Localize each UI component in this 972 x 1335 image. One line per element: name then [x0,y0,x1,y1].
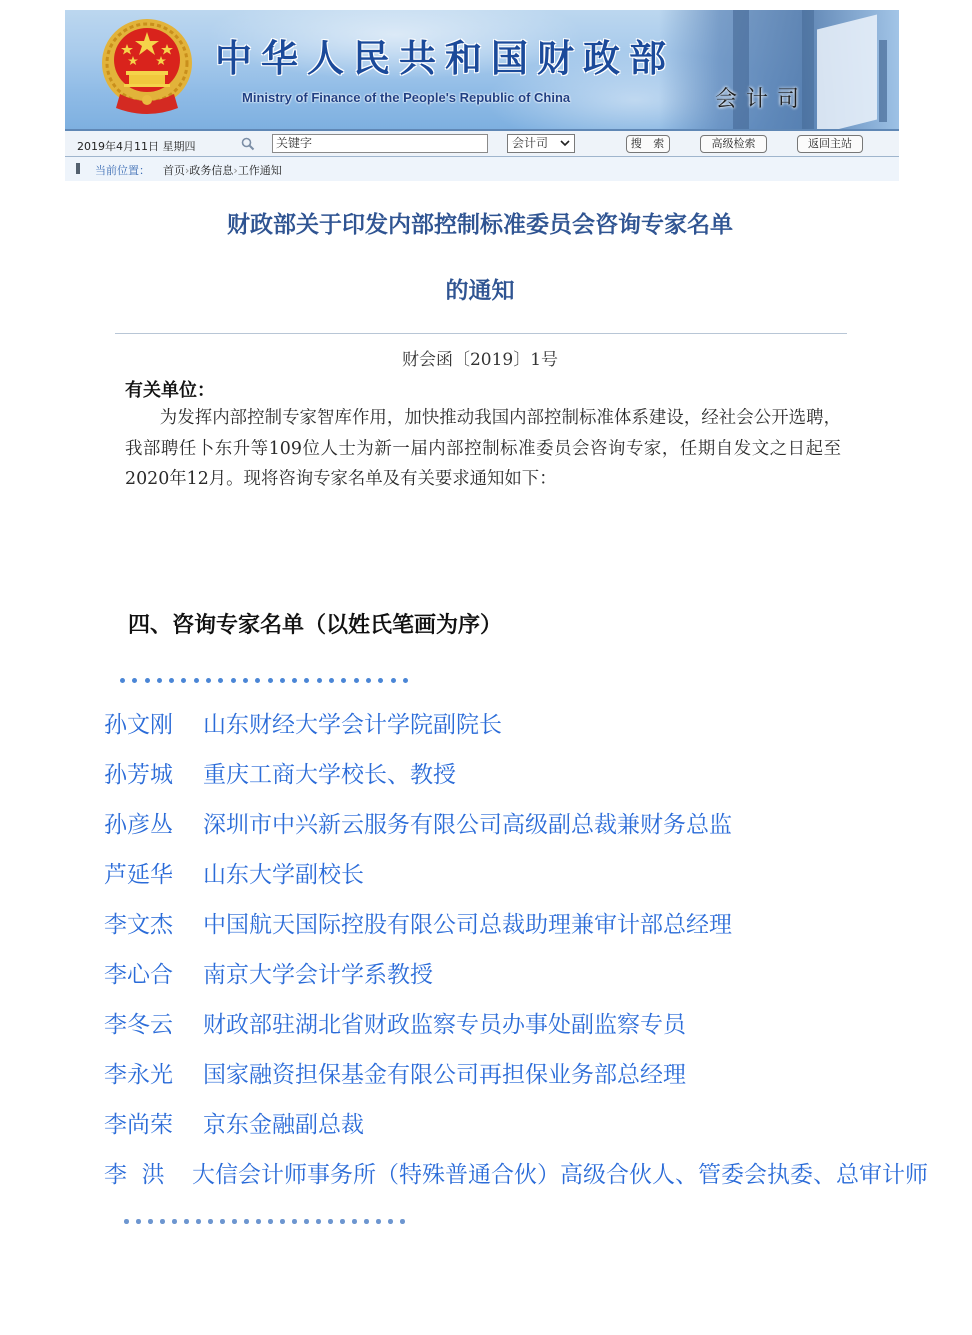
site-title-cn: 中华人民共和国财政部 [215,28,675,82]
expert-title: 中国航天国际控股有限公司总裁助理兼审计部总经理 [203,906,732,939]
expert-name: 李文杰 [104,906,194,939]
dotted-divider-bottom [124,1219,412,1225]
banner-building-panel [817,15,877,129]
expert-title: 重庆工商大学校长、教授 [203,756,456,789]
department-name: 会计司 [715,82,808,113]
recipient-line: 有关单位： [125,376,215,402]
expert-row: 李 洪 大信会计师事务所（特殊普通合伙）高级合伙人、管委会执委、总审计师 [104,1156,964,1206]
expert-name: 孙文刚 [104,706,194,739]
banner-building-sign [879,40,887,122]
expert-title: 国家融资担保基金有限公司再担保业务部总经理 [203,1056,686,1089]
expert-list: 孙文刚 山东财经大学会计学院副院长 孙芳城 重庆工商大学校长、教授 孙彦丛 深圳… [104,706,964,1206]
site-select[interactable]: 会计司 [507,134,575,153]
breadcrumb-path: 首页›政务信息›工作通知 [163,162,282,178]
advanced-search-button[interactable]: 高级检索 [700,135,767,153]
expert-row: 李尚荣 京东金融副总裁 [104,1106,964,1156]
expert-row: 孙芳城 重庆工商大学校长、教授 [104,756,964,806]
expert-name: 孙彦丛 [104,806,194,839]
dotted-divider-top [120,678,415,684]
expert-name: 孙芳城 [104,756,194,789]
expert-name: 李心合 [104,956,194,989]
breadcrumb-marker-icon [76,163,80,174]
keyword-input[interactable]: 关键字 [272,134,488,153]
national-emblem-icon [100,16,194,118]
breadcrumb-link-home[interactable]: 首页 [163,164,185,177]
expert-row: 李文杰 中国航天国际控股有限公司总裁助理兼审计部总经理 [104,906,964,956]
breadcrumb-link-gov-info[interactable]: 政务信息 [189,164,233,177]
search-icon [241,137,255,151]
section-heading: 四、咨询专家名单（以姓氏笔画为序） [128,608,502,639]
expert-title: 南京大学会计学系教授 [203,956,433,989]
site-banner: 中华人民共和国财政部 Ministry of Finance of the Pe… [65,10,899,129]
return-home-button[interactable]: 返回主站 [797,135,863,153]
search-button[interactable]: 搜 索 [626,135,670,153]
expert-title: 大信会计师事务所（特殊普通合伙）高级合伙人、管委会执委、总审计师 [192,1156,928,1189]
article-body: 为发挥内部控制专家智库作用，加快推动我国内部控制标准体系建设，经社会公开选聘，我… [125,403,841,495]
site-select-value: 会计司 [512,136,548,150]
expert-title: 山东大学副校长 [203,856,364,889]
search-toolbar: 2019年4月11日 星期四 关键字 会计司 搜 索 高级检索 返回主站 [65,129,899,157]
expert-name: 李永光 [104,1056,194,1089]
breadcrumb-link-work-notice[interactable]: 工作通知 [238,164,282,177]
site-title-en: Ministry of Finance of the People's Repu… [242,90,570,105]
article-title-line1: 财政部关于印发内部控制标准委员会咨询专家名单 [110,206,850,239]
current-date: 2019年4月11日 星期四 [77,138,196,154]
expert-row: 李心合 南京大学会计学系教授 [104,956,964,1006]
expert-row: 芦延华 山东大学副校长 [104,856,964,906]
breadcrumb-label: 当前位置： [95,162,150,178]
expert-row: 李永光 国家融资担保基金有限公司再担保业务部总经理 [104,1056,964,1106]
expert-row: 李冬云 财政部驻湖北省财政监察专员办事处副监察专员 [104,1006,964,1056]
expert-name: 李尚荣 [104,1106,194,1139]
title-divider [115,333,847,334]
expert-name: 李冬云 [104,1006,194,1039]
article-title-line2: 的通知 [110,272,850,305]
expert-row: 孙彦丛 深圳市中兴新云服务有限公司高级副总裁兼财务总监 [104,806,964,856]
expert-title: 财政部驻湖北省财政监察专员办事处副监察专员 [203,1006,686,1039]
expert-title: 京东金融副总裁 [203,1106,364,1139]
expert-name: 李 洪 [104,1156,194,1189]
expert-name: 芦延华 [104,856,194,889]
chevron-down-icon [560,138,570,148]
document-number: 财会函〔2019〕1号 [110,345,850,370]
expert-row: 孙文刚 山东财经大学会计学院副院长 [104,706,964,756]
breadcrumb: 当前位置： 首页›政务信息›工作通知 [65,157,899,181]
expert-title: 深圳市中兴新云服务有限公司高级副总裁兼财务总监 [203,806,732,839]
expert-title: 山东财经大学会计学院副院长 [203,706,502,739]
